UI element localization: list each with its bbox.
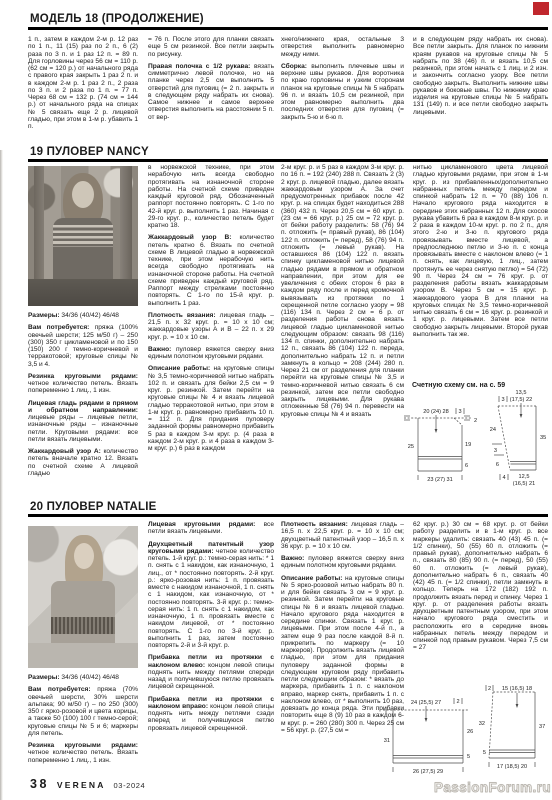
watermark-text: PassionForum.ru (434, 780, 551, 795)
page-number: 38 (30, 777, 49, 791)
body-edge-label: 2 (474, 418, 477, 424)
body-right-height-label: 19 (465, 442, 471, 448)
body-rib-height-label: 6 (465, 463, 468, 469)
paragraph: Лицевая круговыми рядами:все петли вязат… (148, 521, 274, 536)
body-left-height-label: 25 (408, 444, 414, 450)
sleeve-bracket-label: 2 (488, 686, 491, 692)
section-rule (28, 159, 548, 162)
section-rule (28, 514, 548, 517)
paragraph: Сборка:выполнить плечевые швы и верхние … (281, 63, 404, 121)
sleeve-bottom-bracket-label: 4 (502, 475, 505, 481)
body-bottom-width-label: 23 (27) 31 (427, 477, 453, 483)
body-top-width-label: 20 (24) 28 (423, 409, 449, 415)
body-left-height-label: 31 (384, 738, 390, 744)
paragraph: Важно:пуловер вяжется сверху вниз единым… (281, 555, 404, 570)
sleeve-left-label: 24 (490, 427, 496, 433)
model-face (74, 543, 94, 569)
body-bracket-label: 2 (456, 699, 459, 705)
natalie-column-1: Размеры:34/36 (40/42) 46/48 Вам потребуе… (28, 524, 138, 778)
section-rule (28, 27, 548, 30)
body-right-height-label: 26 (467, 729, 473, 735)
sleeve-top-width-label2: (17,5) 22 (510, 397, 532, 403)
sleeve-right-height-label: 37 (539, 724, 545, 730)
section-title-pullover-natalie: 20 ПУЛОВЕР NATALIE (30, 501, 157, 513)
photo-foreground (28, 643, 138, 668)
paragraph: Резинка круговыми рядами:четное количест… (28, 373, 138, 395)
paragraph: и в следующем ряду набрать их снова). Вс… (413, 36, 548, 116)
nancy-model-photo (28, 166, 138, 306)
nancy-column-3: 2-м круг. р. и 5 раз в каждом 3-м круг. … (281, 164, 404, 504)
paragraph: Важно:пуловер вяжется сверху вниз единым… (148, 346, 274, 361)
photo-foreground (28, 279, 138, 306)
sizes-line: Размеры:34/36 (40/42) 46/48 (28, 674, 138, 681)
sleeve-bottom-width-label2: (16,5) 21 (513, 481, 535, 486)
paragraph: Описание работы:на круговые спицы № 3,5 … (148, 365, 274, 452)
sleeve-left-height-label: 32 (479, 721, 485, 727)
sleeve-rib-label: 6 (496, 462, 499, 468)
paragraph: Прибавка петли из протяжки с наклоном вп… (148, 696, 274, 732)
paragraph: в норвежской технике, при этом нерабочую… (148, 164, 274, 229)
gauge-line: Плотность вязания:лицевая гладь – 21,5 п… (148, 312, 274, 341)
scan-edge-shadow (0, 150, 3, 800)
sleeve-bracket-label: 3 (501, 397, 504, 403)
model18-column-3: хнего/нижнего края, остальные 3 отверсти… (281, 36, 404, 152)
model18-column-1: 1 п., затем в каждом 2-м р. 12 раз по 1 … (28, 36, 138, 152)
natalie-column-4: 62 круг. р.) 30 см = 68 круг. р. от бейк… (413, 521, 548, 679)
natalie-column-2: Лицевая круговыми рядами:все петли вязат… (148, 521, 274, 793)
sleeve-bottom-width-label: 17 (18,5) 20 (497, 764, 527, 770)
model-face (72, 181, 94, 208)
body-shoulder-label: 3 (458, 409, 461, 415)
body-rib-height-label: 5 (467, 754, 470, 760)
paragraph: Правая полочка с 1/2 рукава:вязать симме… (148, 63, 274, 121)
sizes-line: Размеры:34/36 (40/42) 46/48 (28, 312, 138, 319)
nancy-column-4: нитью цикламенового цвета лицевой гладью… (413, 164, 548, 378)
natalie-model-photo (28, 526, 138, 668)
model18-column-2: = 76 п. После этого для планки связать е… (148, 36, 274, 152)
paragraph: Резинка круговыми рядами:четное количест… (28, 742, 138, 764)
magazine-issue: 03-2024 (114, 781, 146, 790)
body-top-width-label: 24 (25,5) 27 (411, 700, 441, 706)
sleeve-rib-height-label: 5 (483, 750, 486, 756)
sleeve-top-width-label: 13,5 (516, 390, 527, 396)
sleeve-top-width-label: 15 (16,5) 18 (502, 686, 532, 692)
sleeve-mid-label: 3 (494, 448, 497, 454)
paragraph: Двухцветный патентный узор круговыми ряд… (148, 541, 274, 650)
paragraph: 2-м круг. р. и 5 раз в каждом 3-м круг. … (281, 164, 404, 418)
natalie-measurement-schematic: 24 (25,5) 27 2 31 26 5 26 (27,5) 29 2 15… (383, 684, 552, 778)
nancy-column-2: в норвежской технике, при этом нерабочую… (148, 164, 274, 502)
paragraph: = 76 п. После этого для планки связать е… (148, 36, 274, 58)
paragraph: хнего/нижнего края, остальные 3 отверсти… (281, 36, 404, 58)
paragraph: Прибавка петли из протяжки с наклоном вл… (148, 654, 274, 690)
sweater-jacquard-yoke (53, 225, 113, 247)
paragraph: Лицевая гладь рядами в прямом и обратном… (28, 400, 138, 444)
magazine-name: VERENA (57, 780, 106, 790)
sleeve-bottom-width-label: 12,5 (519, 474, 530, 480)
paragraph: Жаккардовый узор А:количество петель вна… (28, 448, 138, 477)
paragraph: 1 п., затем в каждом 2-м р. 12 раз по 1 … (28, 36, 138, 130)
body-bottom-width-label: 26 (27,5) 29 (413, 769, 443, 775)
sleeve-right-label: 35 (540, 435, 546, 441)
paragraph: нитью цикламенового цвета лицевой гладью… (413, 164, 548, 338)
red-corner-marker (533, 2, 549, 15)
section-title-model-18: МОДЕЛЬ 18 (ПРОДОЛЖЕНИЕ) (30, 13, 204, 25)
magazine-page: МОДЕЛЬ 18 (ПРОДОЛЖЕНИЕ) 1 п., затем в ка… (0, 0, 552, 800)
materials-line: Вам потребуется:пряжа (70% овечьей шерст… (28, 686, 138, 737)
nancy-column-1: Размеры:34/36 (40/42) 46/48 Вам потребуе… (28, 164, 138, 502)
materials-line: Вам потребуется:пряжа (100% овечьей шерс… (28, 324, 138, 368)
paragraph: 62 круг. р.) 30 см = 68 круг. р. от бейк… (413, 521, 548, 652)
sweater-contrast-band (51, 617, 115, 634)
page-footer: 38 VERENA 03-2024 (30, 777, 145, 791)
paragraph: Жаккардовый узор В:количество петель кра… (148, 234, 274, 307)
section-title-pullover-nancy: 19 ПУЛОВЕР NANCY (30, 146, 149, 158)
nancy-measurement-schematic: 20 (24) 28 3 2 25 19 6 23 (27) 31 13,5 (… (396, 388, 552, 486)
model18-column-4: и в следующем ряду набрать их снова). Вс… (413, 36, 548, 152)
gauge-line: Плотность вязания:лицевая гладь – 16,5 п… (281, 521, 404, 550)
